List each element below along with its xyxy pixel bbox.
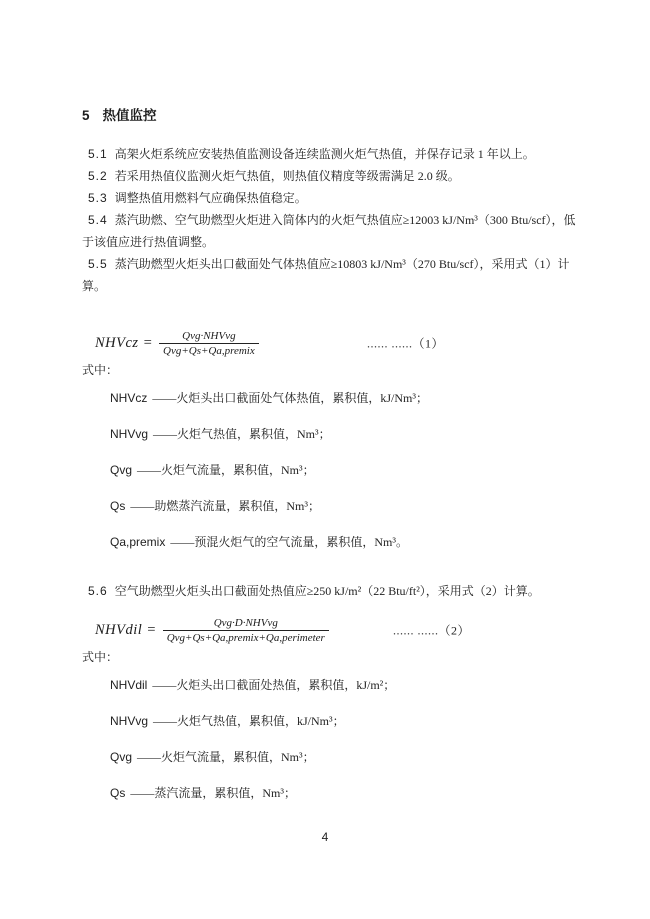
definition-row: NHVvg——火炬气热值，累积值，kJ/Nm³； xyxy=(110,703,395,739)
clause-5-2: 5.2若采用热值仪监测火炬气热值，则热值仪精度等级需满足 2.0 级。 xyxy=(82,165,579,187)
definition-desc: ——助燃蒸汽流量，累积值，Nm³； xyxy=(130,499,320,513)
formula-1: NHVcz = Qvg·NHVvg Qvg+Qs+Qa,premix .....… xyxy=(95,325,525,361)
definition-row: Qs——蒸汽流量，累积值，Nm³； xyxy=(110,775,395,811)
document-page: 5热值监控 5.1高架火炬系统应安装热值监测设备连续监测火炬气热值，并保存记录 … xyxy=(0,0,650,919)
clause-number: 5.5 xyxy=(88,257,108,271)
formula-1-lhs: NHVcz = xyxy=(95,335,153,352)
definition-row: NHVcz——火炬头出口截面处气体热值，累积值，kJ/Nm³； xyxy=(110,380,428,416)
page-number: 4 xyxy=(0,830,650,844)
definition-term: Qvg xyxy=(110,750,132,764)
clause-text: 蒸汽助燃、空气助燃型火炬进入筒体内的火炬气热值应≥12003 kJ/Nm³（30… xyxy=(82,213,576,249)
section-heading: 5热值监控 xyxy=(82,104,157,124)
formula-1-numerator: Qvg·NHVvg xyxy=(178,329,239,343)
formula-2-denominator: Qvg+Qs+Qa,premix+Qa,perimeter xyxy=(163,630,329,645)
section-title: 热值监控 xyxy=(103,108,157,123)
where-label-2: 式中： xyxy=(82,648,118,665)
formula-2: NHVdil = Qvg·D·NHVvg Qvg+Qs+Qa,premix+Qa… xyxy=(95,612,525,648)
definition-row: Qs——助燃蒸汽流量，累积值，Nm³； xyxy=(110,488,428,524)
definition-desc: ——蒸汽流量，累积值，Nm³； xyxy=(130,786,296,800)
definition-desc: ——火炬头出口截面处气体热值，累积值，kJ/Nm³； xyxy=(152,391,428,405)
clause-text: 空气助燃型火炬头出口截面处热值应≥250 kJ/m²（22 Btu/ft²），采… xyxy=(115,584,540,598)
formula-1-fraction: Qvg·NHVvg Qvg+Qs+Qa,premix xyxy=(159,329,259,358)
definition-row: NHVvg——火炬气热值，累积值，Nm³； xyxy=(110,416,428,452)
formula-1-denominator: Qvg+Qs+Qa,premix xyxy=(159,343,259,358)
clause-text: 蒸汽助燃型火炬头出口截面处气体热值应≥10803 kJ/Nm³（270 Btu/… xyxy=(82,257,570,293)
clause-text: 若采用热值仪监测火炬气热值，则热值仪精度等级需满足 2.0 级。 xyxy=(115,169,460,183)
definition-term: NHVdil xyxy=(110,678,147,692)
formula-2-fraction: Qvg·D·NHVvg Qvg+Qs+Qa,premix+Qa,perimete… xyxy=(163,616,329,645)
clause-5-6: 5.6空气助燃型火炬头出口截面处热值应≥250 kJ/m²（22 Btu/ft²… xyxy=(82,580,582,602)
clause-number: 5.2 xyxy=(88,169,108,183)
clause-text: 调整热值用燃料气应确保热值稳定。 xyxy=(115,191,307,205)
clauses-block: 5.1高架火炬系统应安装热值监测设备连续监测火炬气热值，并保存记录 1 年以上。… xyxy=(82,143,579,297)
section-number: 5 xyxy=(82,108,90,123)
clause-number: 5.3 xyxy=(88,191,108,205)
definition-desc: ——火炬头出口截面处热值，累积值，kJ/m²； xyxy=(152,678,395,692)
definition-row: Qvg——火炬气流量，累积值，Nm³； xyxy=(110,739,395,775)
clause-5-4: 5.4蒸汽助燃、空气助燃型火炬进入筒体内的火炬气热值应≥12003 kJ/Nm³… xyxy=(82,209,579,253)
definition-term: NHVcz xyxy=(110,391,147,405)
clause-5-5: 5.5蒸汽助燃型火炬头出口截面处气体热值应≥10803 kJ/Nm³（270 B… xyxy=(82,253,579,297)
where-label-1: 式中： xyxy=(82,361,118,378)
definition-desc: ——火炬气热值，累积值，kJ/Nm³； xyxy=(153,714,345,728)
definition-term: Qa,premix xyxy=(110,535,165,549)
clause-5-3: 5.3调整热值用燃料气应确保热值稳定。 xyxy=(82,187,579,209)
formula-2-label: ...... ......（2） xyxy=(393,622,470,639)
definition-row: Qa,premix——预混火炬气的空气流量，累积值，Nm³。 xyxy=(110,524,428,560)
definition-desc: ——火炬气流量，累积值，Nm³； xyxy=(137,463,315,477)
formula-1-label: ...... ......（1） xyxy=(367,335,444,352)
definition-term: Qs xyxy=(110,786,125,800)
definition-list-1: NHVcz——火炬头出口截面处气体热值，累积值，kJ/Nm³； NHVvg——火… xyxy=(110,380,428,560)
formula-2-lhs: NHVdil = xyxy=(95,622,157,639)
formula-2-numerator: Qvg·D·NHVvg xyxy=(210,616,282,630)
clause-number: 5.4 xyxy=(88,213,108,227)
clause-number: 5.6 xyxy=(88,584,108,598)
clause-number: 5.1 xyxy=(88,147,108,161)
definition-list-2: NHVdil——火炬头出口截面处热值，累积值，kJ/m²； NHVvg——火炬气… xyxy=(110,667,395,811)
definition-term: Qvg xyxy=(110,463,132,477)
clause-5-1: 5.1高架火炬系统应安装热值监测设备连续监测火炬气热值，并保存记录 1 年以上。 xyxy=(82,143,579,165)
definition-desc: ——火炬气流量，累积值，Nm³； xyxy=(137,750,315,764)
clause-text: 高架火炬系统应安装热值监测设备连续监测火炬气热值，并保存记录 1 年以上。 xyxy=(115,147,535,161)
definition-term: NHVvg xyxy=(110,714,148,728)
definition-desc: ——火炬气热值，累积值，Nm³； xyxy=(153,427,331,441)
definition-row: NHVdil——火炬头出口截面处热值，累积值，kJ/m²； xyxy=(110,667,395,703)
definition-term: Qs xyxy=(110,499,125,513)
definition-row: Qvg——火炬气流量，累积值，Nm³； xyxy=(110,452,428,488)
definition-term: NHVvg xyxy=(110,427,148,441)
definition-desc: ——预混火炬气的空气流量，累积值，Nm³。 xyxy=(170,535,408,549)
